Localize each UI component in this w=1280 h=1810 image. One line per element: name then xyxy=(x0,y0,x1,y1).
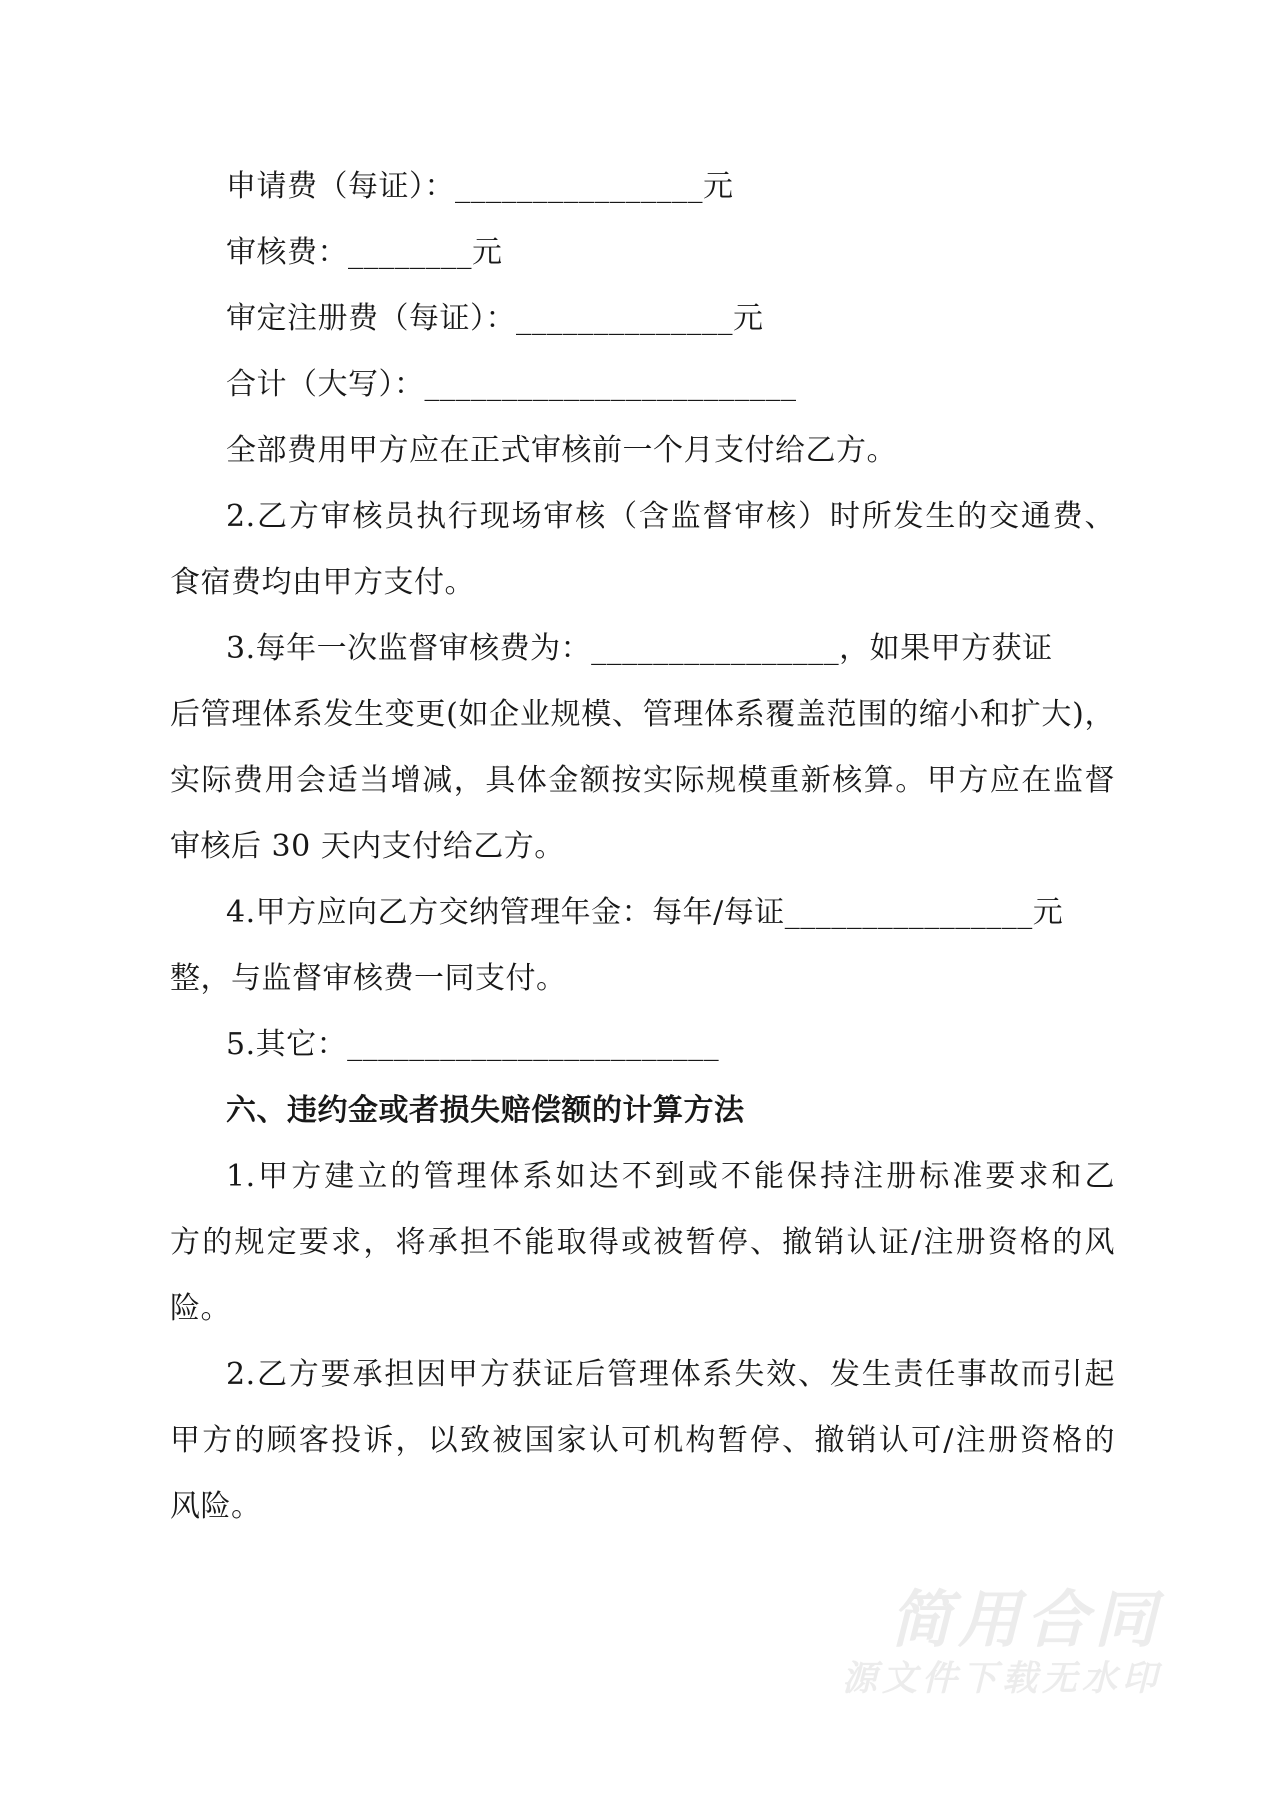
document-line: 2.乙方要承担因甲方获证后管理体系失效、发生责任事故而引起 xyxy=(170,1342,1115,1408)
watermark-title: 简用合同 xyxy=(842,1585,1162,1655)
document-line: 审定注册费（每证）：______________元 xyxy=(170,286,1115,352)
document-line: 审核费：________元 xyxy=(170,220,1115,286)
document-line: 审核后 30 天内支付给乙方。 xyxy=(170,814,1115,880)
document-line: 全部费用甲方应在正式审核前一个月支付给乙方。 xyxy=(170,418,1115,484)
document-line: 甲方的顾客投诉，以致被国家认可机构暂停、撤销认可/注册资格的 xyxy=(170,1408,1115,1474)
document-line: 食宿费均由甲方支付。 xyxy=(170,550,1115,616)
document-line: 风险。 xyxy=(170,1474,1115,1540)
contract-document-page: 申请费（每证）：________________元审核费：________元审定… xyxy=(0,0,1280,1810)
document-line: 整，与监督审核费一同支付。 xyxy=(170,946,1115,1012)
document-line: 3.每年一次监督审核费为：________________，如果甲方获证 xyxy=(170,616,1115,682)
watermark-subtitle: 源文件下载无水印 xyxy=(842,1655,1162,1703)
document-line: 六、违约金或者损失赔偿额的计算方法 xyxy=(170,1078,1115,1144)
document-line: 方的规定要求，将承担不能取得或被暂停、撤销认证/注册资格的风 xyxy=(170,1210,1115,1276)
document-line: 2.乙方审核员执行现场审核（含监督审核）时所发生的交通费、 xyxy=(170,484,1115,550)
document-line: 险。 xyxy=(170,1276,1115,1342)
document-line: 合计（大写）：________________________ xyxy=(170,352,1115,418)
document-line: 1.甲方建立的管理体系如达不到或不能保持注册标准要求和乙 xyxy=(170,1144,1115,1210)
document-line: 4.甲方应向乙方交纳管理年金：每年/每证________________元 xyxy=(170,880,1115,946)
contract-text-block: 申请费（每证）：________________元审核费：________元审定… xyxy=(170,154,1115,1540)
document-line: 实际费用会适当增减，具体金额按实际规模重新核算。甲方应在监督 xyxy=(170,748,1115,814)
document-line: 后管理体系发生变更(如企业规模、管理体系覆盖范围的缩小和扩大)， xyxy=(170,682,1115,748)
watermark: 简用合同 源文件下载无水印 xyxy=(842,1585,1162,1703)
document-line: 申请费（每证）：________________元 xyxy=(170,154,1115,220)
document-line: 5.其它：________________________ xyxy=(170,1012,1115,1078)
